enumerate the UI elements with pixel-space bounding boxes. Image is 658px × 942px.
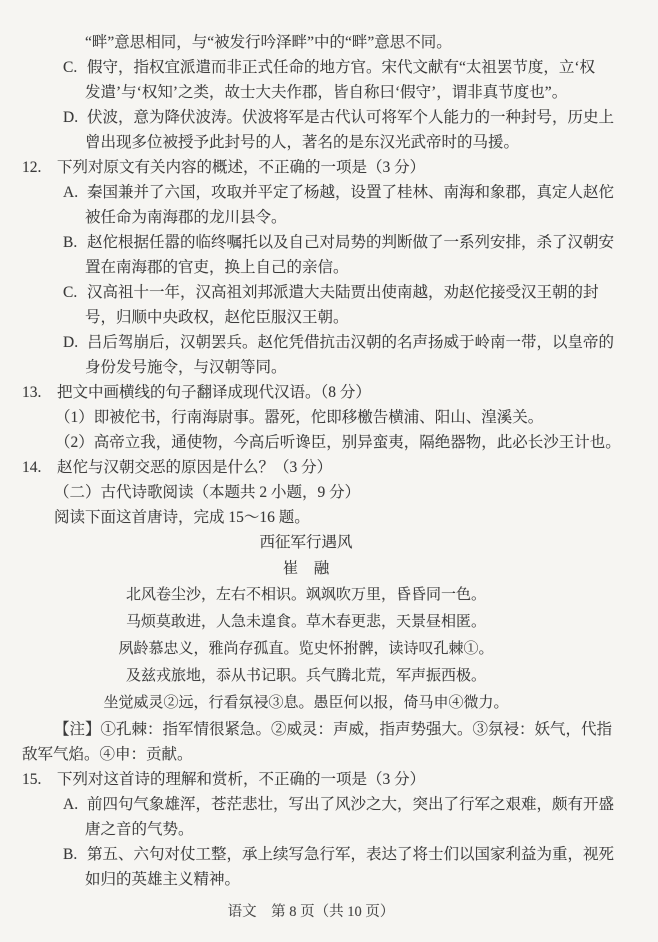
question-number: 13. [22, 380, 57, 405]
poem-line: 马烦莫敢进，人急未遑食。草木春更悲，天景昼相匿。 [22, 609, 590, 636]
option-label: B. [63, 842, 87, 867]
option-label: B. [63, 230, 87, 255]
question-12-option-b: B. 赵佗根据任嚣的临终嘱托以及自己对局势的判断做了一系列安排，杀了汉朝安 [22, 230, 640, 255]
question-stem-text: 赵佗与汉朝交恶的原因是什么？（3 分） [57, 455, 332, 480]
exam-page: “畔”意思相同，与“被发行吟泽畔”中的“畔”意思不同。 C. 假守，指权宜派遣而… [0, 0, 658, 942]
option-text-line: 吕后驾崩后，汉朝罢兵。赵佗凭借抗击汉朝的名声扬威于岭南一带，以皇帝的 [87, 330, 614, 355]
question-12-option-a-line2: 被任命为南海郡的龙川县令。 [22, 205, 640, 230]
question-15-stem: 15. 下列对这首诗的理解和赏析，不正确的一项是（3 分） [22, 767, 640, 792]
question-12-option-c-line2: 号，归顺中央政权，赵佗臣服汉王朝。 [22, 305, 640, 330]
poem-line: 及兹戎旅地，忝从书记职。兵气腾北荒，军声振西极。 [22, 663, 590, 690]
option-label: C. [63, 55, 87, 80]
poem-notes-line1: 【注】①孔棘：指军情很紧急。②威灵：声威，指声势强大。③氛祲：妖气，代指 [22, 717, 640, 742]
question-11-option-c: C. 假守，指权宜派遣而非正式任命的地方官。宋代文献有“太祖罢节度，立‘权 [22, 55, 640, 80]
option-text-line: 赵佗根据任嚣的临终嘱托以及自己对局势的判断做了一系列安排，杀了汉朝安 [87, 230, 614, 255]
question-11-option-c-line2: 发遣’与‘权知’之类，故士大夫作郡，皆自称曰‘假守’，谓非真节度也”。 [22, 80, 640, 105]
question-stem-text: 把文中画横线的句子翻译成现代汉语。（8 分） [57, 380, 371, 405]
question-stem-text: 下列对原文有关内容的概述，不正确的一项是（3 分） [57, 155, 425, 180]
question-12-option-c: C. 汉高祖十一年，汉高祖刘邦派遣大夫陆贾出使南越，劝赵佗接受汉王朝的封 [22, 280, 640, 305]
question-12-option-d: D. 吕后驾崩后，汉朝罢兵。赵佗凭借抗击汉朝的名声扬威于岭南一带，以皇帝的 [22, 330, 640, 355]
poem-block: 西征军行遇风 崔 融 北风卷尘沙，左右不相识。飒飒吹万里，昏昏同一色。 马烦莫敢… [22, 530, 640, 717]
question-15-option-b: B. 第五、六句对仗工整，承上续写急行军，表达了将士们以国家利益为重，视死 [22, 842, 640, 867]
poem-line: 夙龄慕忠义，雅尚存孤直。览史怀拊髀，读诗叹孔棘①。 [22, 636, 590, 663]
question-13-item-2: （2）高帝立我，通使物，今高后听谗臣，别异蛮夷，隔绝器物，此必长沙王计也。 [22, 430, 640, 455]
question-11-option-d: D. 伏波，意为降伏波涛。伏波将军是古代认可将军个人能力的一种封号，历史上 [22, 105, 640, 130]
question-15-option-a-line2: 唐之音的气势。 [22, 817, 640, 842]
question-stem-text: 下列对这首诗的理解和赏析，不正确的一项是（3 分） [57, 767, 425, 792]
question-12-option-b-line2: 置在南海郡的官吏，换上自己的亲信。 [22, 255, 640, 280]
question-number: 15. [22, 767, 57, 792]
section-2-instruction: 阅读下面这首唐诗，完成 15～16 题。 [22, 505, 640, 530]
question-12-stem: 12. 下列对原文有关内容的概述，不正确的一项是（3 分） [22, 155, 640, 180]
question-13-stem: 13. 把文中画横线的句子翻译成现代汉语。（8 分） [22, 380, 640, 405]
option-text-line: 前四句气象雄浑，苍茫悲壮，写出了风沙之大，突出了行军之艰难，颇有开盛 [87, 792, 614, 817]
poem-author: 崔 融 [22, 556, 590, 582]
poem-title: 西征军行遇风 [22, 530, 590, 556]
question-15-option-b-line2: 如归的英雄主义精神。 [22, 867, 640, 892]
question-12-option-a: A. 秦国兼并了六国，攻取并平定了杨越，设置了桂林、南海和象郡，真定人赵佗 [22, 180, 640, 205]
option-label: A. [63, 792, 87, 817]
question-11-option-b-tail: “畔”意思相同，与“被发行吟泽畔”中的“畔”意思不同。 [22, 30, 640, 55]
poem-line: 北风卷尘沙，左右不相识。飒飒吹万里，昏昏同一色。 [22, 582, 590, 609]
page-footer: 语文 第 8 页（共 10 页） [22, 902, 640, 922]
section-2-heading: （二）古代诗歌阅读（本题共 2 小题，9 分） [22, 480, 640, 505]
option-text-line: 秦国兼并了六国，攻取并平定了杨越，设置了桂林、南海和象郡，真定人赵佗 [87, 180, 614, 205]
question-11-option-d-line2: 曾出现多位被授予此封号的人，著名的是东汉光武帝时的马援。 [22, 130, 640, 155]
page-content: “畔”意思相同，与“被发行吟泽畔”中的“畔”意思不同。 C. 假守，指权宜派遣而… [0, 0, 658, 922]
option-text-line: 第五、六句对仗工整，承上续写急行军，表达了将士们以国家利益为重，视死 [87, 842, 614, 867]
question-number: 14. [22, 455, 57, 480]
question-number: 12. [22, 155, 57, 180]
option-label: D. [63, 105, 87, 130]
question-13-item-1: （1）即被佗书，行南海尉事。嚣死，佗即移檄告横浦、阳山、湟溪关。 [22, 405, 640, 430]
question-14-stem: 14. 赵佗与汉朝交恶的原因是什么？（3 分） [22, 455, 640, 480]
poem-line: 坐觉威灵②远，行看氛祲③息。愚臣何以报，倚马申④微力。 [22, 690, 590, 717]
poem-notes-line2: 敌军气焰。④申：贡献。 [22, 742, 640, 767]
question-15-option-a: A. 前四句气象雄浑，苍茫悲壮，写出了风沙之大，突出了行军之艰难，颇有开盛 [22, 792, 640, 817]
option-text-line: 汉高祖十一年，汉高祖刘邦派遣大夫陆贾出使南越，劝赵佗接受汉王朝的封 [87, 280, 599, 305]
option-label: A. [63, 180, 87, 205]
question-12-option-d-line2: 身份发号施令，与汉朝等同。 [22, 355, 640, 380]
option-label: D. [63, 330, 87, 355]
option-label: C. [63, 280, 87, 305]
option-text-line: 假守，指权宜派遣而非正式任命的地方官。宋代文献有“太祖罢节度，立‘权 [87, 55, 595, 80]
option-text-line: 伏波，意为降伏波涛。伏波将军是古代认可将军个人能力的一种封号，历史上 [87, 105, 614, 130]
